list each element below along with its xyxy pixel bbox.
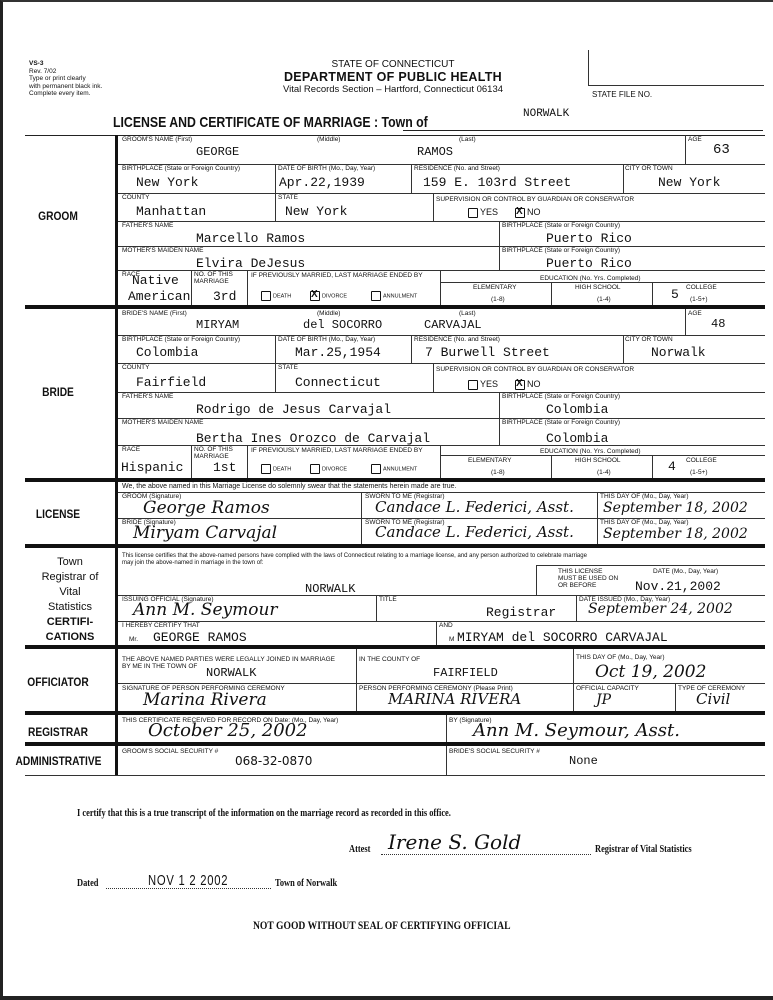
bride-marriage-no: 1st (213, 460, 236, 475)
attest-title: Registrar of Vital Statistics (595, 844, 692, 855)
bride-father-bp: Colombia (546, 402, 608, 417)
checkbox-icon (261, 464, 271, 474)
bride-race-label: RACE (122, 446, 140, 453)
range-label: (1-8) (491, 296, 505, 303)
groom-prev-divorce[interactable]: DIVORCE (310, 291, 347, 301)
section-label-groom: GROOM (16, 209, 101, 223)
official-title: Registrar (486, 605, 556, 620)
bride-supervision-label: SUPERVISION OR CONTROL BY GUARDIAN OR CO… (436, 366, 634, 373)
bride-birthplace: Colombia (136, 345, 198, 360)
date-issued: September 24, 2002 (588, 601, 733, 617)
agency-header: STATE OF CONNECTICUT DEPARTMENT OF PUBLI… (203, 59, 583, 95)
groom-college-label: COLLEGE (686, 284, 717, 291)
groom-college: 5 (671, 287, 679, 302)
groom-county: Manhattan (136, 204, 206, 219)
section-label-registrar: REGISTRAR (16, 725, 101, 739)
mr-label: Mr. (129, 636, 138, 643)
groom-prev-annulment[interactable]: ANNULMENT (371, 291, 417, 301)
section-label-certifications: Town Registrar of Vital Statistics CERTI… (25, 555, 115, 645)
joined-label: THE ABOVE NAMED PARTIES WERE LEGALLY JOI… (122, 656, 335, 663)
bride-mother-label: MOTHER'S MAIDEN NAME (122, 419, 203, 426)
groom-mother-label: MOTHER'S MAIDEN NAME (122, 247, 203, 254)
official-capacity: JP (596, 692, 611, 708)
license-oath: We, the above named in this Marriage Lic… (122, 483, 457, 490)
must-use-label: THIS LICENSE (558, 568, 602, 575)
ms-label: M (449, 636, 454, 643)
groom-state-label: STATE (278, 194, 298, 201)
range-label: (1-5+) (690, 469, 708, 476)
state-file-box (588, 50, 764, 86)
bride-birthplace-label: BIRTHPLACE (State or Foreign Country) (122, 336, 240, 343)
groom-father-label: FATHER'S NAME (122, 222, 173, 229)
groom-middle-label: (Middle) (317, 136, 340, 143)
groom-dob-label: DATE OF BIRTH (Mo., Day, Year) (278, 165, 375, 172)
groom-sworn-date: September 18, 2002 (603, 500, 748, 516)
groom-hs-label: HIGH SCHOOL (575, 284, 621, 291)
bride-education-label: EDUCATION (No. Yrs. Completed) (540, 448, 641, 455)
must-use-date-label: DATE (Mo., Day, Year) (653, 568, 718, 575)
county-label: IN THE COUNTY OF (359, 656, 420, 663)
certify-statement: I certify that this is a true transcript… (77, 808, 451, 819)
checked-checkbox-icon (310, 291, 320, 301)
groom-mother-bp: Puerto Rico (546, 256, 632, 271)
bride-supervision-yes[interactable]: YES (468, 379, 498, 390)
day-label: THIS DAY OF (Mo., Day, Year) (600, 519, 689, 526)
bride-residence: 7 Burwell Street (425, 345, 550, 360)
bride-dob: Mar.25,1954 (295, 345, 381, 360)
groom-first-name: GEORGE (196, 145, 239, 159)
capacity-label: OFFICIAL CAPACITY (576, 685, 639, 692)
bride-father-label: FATHER'S NAME (122, 393, 173, 400)
seal-notice: NOT GOOD WITHOUT SEAL OF CERTIFYING OFFI… (253, 918, 511, 933)
dated-label: Dated (77, 878, 98, 889)
bride-signature: Miryam Carvajal (133, 523, 277, 543)
ceremony-type: Civil (696, 690, 730, 708)
bride-mother-bp: Colombia (546, 431, 608, 446)
range-label: (1-4) (597, 296, 611, 303)
bride-state: Connecticut (295, 375, 381, 390)
bride-prev-divorce[interactable]: DIVORCE (310, 464, 347, 474)
dated-town: Town of Norwalk (275, 878, 337, 889)
groom-mother-bp-label: BIRTHPLACE (State or Foreign Country) (502, 247, 620, 254)
bride-mother-bp-label: BIRTHPLACE (State or Foreign Country) (502, 419, 620, 426)
groom-race-line2: American (128, 289, 190, 304)
checkbox-icon (468, 380, 478, 390)
groom-race-line1: Native (132, 273, 179, 288)
section-label-officiator: OFFICIATOR (16, 675, 101, 689)
certification-statement: may join the above-named in marriage in … (122, 560, 263, 567)
bride-first-name: MIRYAM (196, 318, 239, 332)
registrar-signature: Ann M. Seymour, Asst. (473, 720, 680, 741)
bride-ssn: None (569, 754, 598, 768)
groom-ssn-label: GROOM'S SOCIAL SECURITY # (122, 748, 218, 755)
groom-last-name: RAMOS (417, 145, 453, 159)
groom-city: New York (658, 175, 720, 190)
department-name: DEPARTMENT OF PUBLIC HEALTH (203, 70, 583, 84)
ceremony-day-label: THIS DAY OF (Mo., Day, Year) (576, 654, 665, 661)
section-label-bride: BRIDE (16, 385, 101, 399)
groom-birthplace-label: BIRTHPLACE (State or Foreign Country) (122, 165, 240, 172)
bride-elem-label: ELEMENTARY (468, 457, 511, 464)
bride-state-label: STATE (278, 364, 298, 371)
groom-education-label: EDUCATION (No. Yrs. Completed) (540, 275, 641, 282)
bride-race: Hispanic (121, 460, 183, 475)
groom-first-label: GROOM'S NAME (First) (122, 136, 192, 143)
bride-sworn-date: September 18, 2002 (603, 526, 748, 542)
bride-prev-annulment[interactable]: ANNULMENT (371, 464, 417, 474)
groom-prev-death[interactable]: DEATH (261, 291, 291, 301)
bride-age-label: AGE (688, 310, 702, 317)
received-date: October 25, 2002 (148, 720, 308, 741)
groom-father: Marcello Ramos (196, 231, 305, 246)
title-label: TITLE (379, 596, 397, 603)
form-id: VS-3 (29, 60, 102, 68)
checkbox-icon (371, 291, 381, 301)
title-underline (403, 130, 763, 131)
bride-residence-label: RESIDENCE (No. and Street) (414, 336, 500, 343)
certification-statement: This license certifies that the above-na… (122, 553, 587, 560)
groom-age-label: AGE (688, 136, 702, 143)
must-use-date: Nov.21,2002 (635, 579, 721, 594)
attest-line (381, 854, 591, 855)
groom-father-bp: Puerto Rico (546, 231, 632, 246)
attest-label: Attest (349, 844, 370, 855)
officiant-signature: Marina Rivera (143, 690, 267, 710)
checkbox-icon (261, 291, 271, 301)
groom-mother: Elvira DeJesus (196, 256, 305, 271)
certified-groom: GEORGE RAMOS (153, 630, 247, 645)
certified-bride: MIRYAM del SOCORRO CARVAJAL (457, 630, 668, 645)
groom-marriage-no-label: NO. OF THIS MARRIAGE (194, 271, 244, 285)
section-name: Vital Records Section – Hartford, Connec… (203, 84, 583, 95)
checked-checkbox-icon (515, 208, 525, 218)
groom-birthplace: New York (136, 175, 198, 190)
state-file-label: STATE FILE NO. (592, 90, 652, 99)
instruction-line: Complete every item. (29, 90, 102, 98)
bride-supervision-no[interactable]: NO (515, 379, 541, 390)
bride-prev-label: IF PREVIOUSLY MARRIED, LAST MARRIAGE END… (251, 447, 423, 454)
sworn-bride-signature: Candace L. Federici, Asst. (375, 523, 574, 541)
bride-hs-label: HIGH SCHOOL (575, 457, 621, 464)
must-use-label: MUST BE USED ON (558, 575, 618, 582)
bride-marriage-no-label: NO. OF THIS MARRIAGE (194, 446, 244, 460)
and-label: AND (439, 622, 453, 629)
groom-elem-label: ELEMENTARY (473, 284, 516, 291)
ceremony-county: FAIRFIELD (433, 666, 498, 680)
groom-dob: Apr.22,1939 (279, 175, 365, 190)
groom-prev-label: IF PREVIOUSLY MARRIED, LAST MARRIAGE END… (251, 272, 423, 279)
bride-age: 48 (711, 317, 725, 331)
bride-middle-name: del SOCORRO (303, 318, 382, 332)
groom-father-bp-label: BIRTHPLACE (State or Foreign Country) (502, 222, 620, 229)
must-use-label: OR BEFORE (558, 582, 596, 589)
sworn-groom-signature: Candace L. Federici, Asst. (375, 498, 574, 516)
certification-town: NORWALK (305, 582, 355, 596)
bride-college-label: COLLEGE (686, 457, 717, 464)
bride-city: Norwalk (651, 345, 706, 360)
groom-residence: 159 E. 103rd Street (423, 175, 571, 190)
bride-last-label: (Last) (459, 310, 476, 317)
bride-mother: Bertha Ines Orozco de Carvajal (196, 431, 430, 446)
groom-age: 63 (713, 142, 730, 158)
ceremony-town: NORWALK (206, 666, 256, 680)
day-label: THIS DAY OF (Mo., Day, Year) (600, 493, 689, 500)
bride-dob-label: DATE OF BIRTH (Mo., Day, Year) (278, 336, 375, 343)
joined-town-label: BY ME IN THE TOWN OF (122, 663, 197, 670)
bride-middle-label: (Middle) (317, 310, 340, 317)
checked-checkbox-icon (515, 380, 525, 390)
checkbox-icon (468, 208, 478, 218)
groom-residence-label: RESIDENCE (No. and Street) (414, 165, 500, 172)
officiant-print-name: MARINA RIVERA (388, 690, 521, 708)
groom-signature: George Ramos (143, 498, 270, 518)
form-revision: Rev. 7/02 (29, 68, 102, 76)
instruction-line: with permanent black ink. (29, 83, 102, 91)
groom-county-label: COUNTY (122, 194, 149, 201)
bride-father: Rodrigo de Jesus Carvajal (196, 402, 391, 417)
marriage-certificate: VS-3 Rev. 7/02 Type or print clearly wit… (0, 0, 773, 1000)
bride-county: Fairfield (136, 375, 206, 390)
bride-county-label: COUNTY (122, 364, 149, 371)
bride-college: 4 (668, 459, 676, 474)
title-town: NORWALK (523, 108, 569, 120)
groom-marriage-no: 3rd (213, 289, 236, 304)
groom-supervision-no[interactable]: NO (515, 207, 541, 218)
bride-first-label: BRIDE'S NAME (First) (122, 310, 187, 317)
groom-supervision-yes[interactable]: YES (468, 207, 498, 218)
section-label-license: LICENSE (16, 507, 101, 521)
instruction-line: Type or print clearly (29, 75, 102, 83)
bride-city-label: CITY OR TOWN (625, 336, 673, 343)
groom-supervision-label: SUPERVISION OR CONTROL BY GUARDIAN OR CO… (436, 196, 634, 203)
groom-city-label: CITY OR TOWN (625, 165, 673, 172)
state-name: STATE OF CONNECTICUT (203, 59, 583, 70)
dated-stamp: NOV 1 2 2002 (148, 872, 228, 889)
groom-ssn: 068-32-0870 (235, 754, 312, 768)
form-meta: VS-3 Rev. 7/02 Type or print clearly wit… (29, 60, 102, 98)
certify-that-label: I HEREBY CERTIFY THAT (122, 622, 200, 629)
groom-last-label: (Last) (459, 136, 476, 143)
bride-father-bp-label: BIRTHPLACE (State or Foreign Country) (502, 393, 620, 400)
range-label: (1-5+) (690, 296, 708, 303)
checkbox-icon (310, 464, 320, 474)
document-title: LICENSE AND CERTIFICATE OF MARRIAGE : To… (113, 114, 428, 131)
checkbox-icon (371, 464, 381, 474)
issuing-official-signature: Ann M. Seymour (133, 600, 278, 620)
groom-state: New York (285, 204, 347, 219)
bride-last-name: CARVAJAL (424, 318, 482, 332)
range-label: (1-8) (491, 469, 505, 476)
ceremony-date: Oct 19, 2002 (595, 662, 706, 682)
attest-signature: Irene S. Gold (388, 830, 521, 854)
section-label-administrative: ADMINISTRATIVE (16, 754, 101, 768)
bride-prev-death[interactable]: DEATH (261, 464, 291, 474)
bride-ssn-label: BRIDE'S SOCIAL SECURITY # (449, 748, 540, 755)
range-label: (1-4) (597, 469, 611, 476)
